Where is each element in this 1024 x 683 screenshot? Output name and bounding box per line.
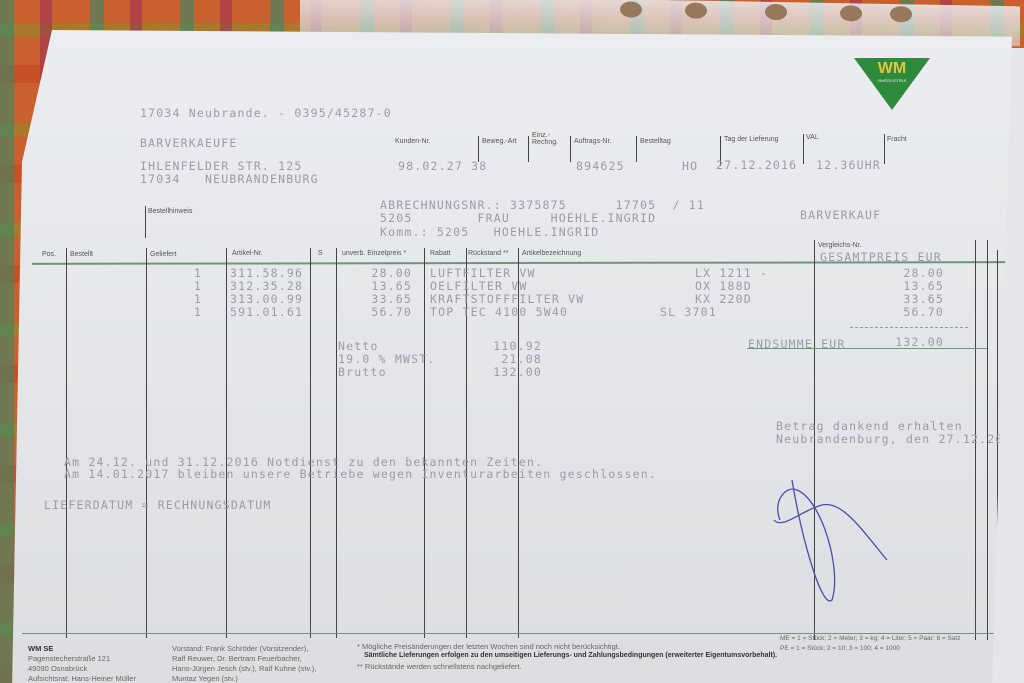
note-inventory-closure: Am 14.01.2017 bleiben unsere Betriebe we… — [64, 467, 657, 481]
footer-me-legend: ME = 1 = Stück; 2 = Meter; 3 = kg; 4 = L… — [780, 634, 960, 644]
auftrags-nr-label: Auftrags-Nr. — [574, 138, 611, 145]
kunden-nr-label: Kunden-Nr. — [395, 138, 430, 145]
signature — [762, 460, 902, 610]
col-pos: Pos. — [42, 251, 56, 258]
billing-customer: 5205 FRAU HOEHLE.INGRID — [380, 211, 656, 225]
footer-address-2: 49090 Osnabrück — [28, 664, 136, 674]
brutto-label: Brutto — [338, 365, 387, 379]
footer-aufsichtsrat: Aufsichtsrat: Hans-Heiner Müller — [28, 674, 136, 683]
brutto-value: 132.00 — [472, 365, 542, 379]
beweg-art-label: Beweg.-Art — [482, 138, 517, 145]
mwst-value: 21.08 — [472, 352, 542, 366]
col-s: S — [318, 250, 323, 257]
logo-text: WM — [866, 60, 918, 78]
receipt-line-2: Neubrandenburg, den 27.12.201 — [776, 432, 1012, 446]
invoice-sheet: WM FAHRZEUGTEILE 17034 Neubrande. - 0395… — [12, 30, 1012, 683]
col-vergleichs-nr: Vergleichs-Nr. — [818, 242, 862, 249]
fracht-label: Fracht — [887, 136, 907, 143]
punch-hole — [765, 4, 787, 20]
col-bestellt: Bestellt — [70, 251, 93, 258]
customer-city: 17034 NEUBRANDENBURG — [140, 172, 319, 186]
col-artikel-nr: Artikel-Nr. — [232, 250, 263, 257]
kunden-nr-value: 98.02.27 38 — [398, 159, 487, 173]
col-rueckstand: Rückstand ** — [468, 250, 508, 257]
col-bezeichnung: Artikelbezeichnung — [522, 250, 581, 257]
endsumme-value: 132.00 — [872, 335, 944, 349]
einz-rechng-label: Einz.- Rechng. — [532, 132, 562, 146]
netto-value: 110.92 — [472, 339, 542, 353]
punch-hole — [620, 1, 642, 17]
billing-commission: Komm.: 5205 HOEHLE.INGRID — [380, 225, 599, 239]
footer-pe-legend: PE = 1 = Stück; 2 = 10; 3 = 100; 4 = 100… — [780, 644, 900, 654]
footer-backorder-note: ** Rückstände werden schnellstens nachge… — [357, 662, 522, 672]
bestelltag-value: HO — [682, 159, 698, 173]
note-delivery-date: LIEFERDATUM = RECHNUNGSDATUM — [44, 498, 271, 512]
footer-company-block: WM SE Pagenstecherstraße 121 49090 Osnab… — [28, 644, 136, 683]
punch-hole — [890, 6, 912, 22]
logo-subtitle: FAHRZEUGTEILE — [866, 79, 918, 83]
customer-name: BARVERKAEUFE — [140, 136, 237, 150]
footer-terms-note: Sämtliche Lieferungen erfolgen zu den um… — [364, 652, 777, 659]
tag-lieferung-value: 27.12.2016 — [716, 158, 797, 172]
billing-number: ABRECHNUNGSNR.: 3375875 17705 / 11 — [380, 198, 705, 212]
val-value: 12.36UHR — [816, 158, 881, 172]
footer-company: WM SE — [28, 644, 53, 653]
col-geliefert: Geliefert — [150, 251, 176, 258]
auftrags-nr-value: 894625 — [576, 159, 625, 173]
col-rabatt: Rabatt — [430, 250, 451, 257]
footer-address-1: Pagenstecherstraße 121 — [28, 654, 136, 664]
bestellhinweis-label: Bestellhinweis — [148, 208, 192, 215]
punch-hole — [840, 5, 862, 21]
customer-street: IHLENFELDER STR. 125 — [140, 159, 302, 173]
footer-board-block: Vorstand: Frank Schröder (Vorsitzender),… — [172, 644, 316, 683]
mwst-label: 19.0 % MWST. — [338, 352, 435, 366]
header-rule — [32, 261, 1007, 265]
val-label: VAL — [806, 134, 819, 141]
netto-label: Netto — [338, 339, 379, 353]
punch-hole — [685, 2, 707, 18]
receipt-line-1: Betrag dankend erhalten — [776, 419, 963, 433]
tag-lieferung-label: Tag der Lieferung — [724, 136, 778, 143]
footer-price-note: * Mögliche Preisänderungen der letzten W… — [357, 642, 620, 652]
bestelltag-label: Bestelltag — [640, 138, 671, 145]
col-einzelpreis: unverb. Einzelpreis * — [342, 250, 406, 257]
branch-line: 17034 Neubrande. - 0395/45287-0 — [140, 106, 392, 120]
sale-type: BARVERKAUF — [800, 208, 881, 222]
